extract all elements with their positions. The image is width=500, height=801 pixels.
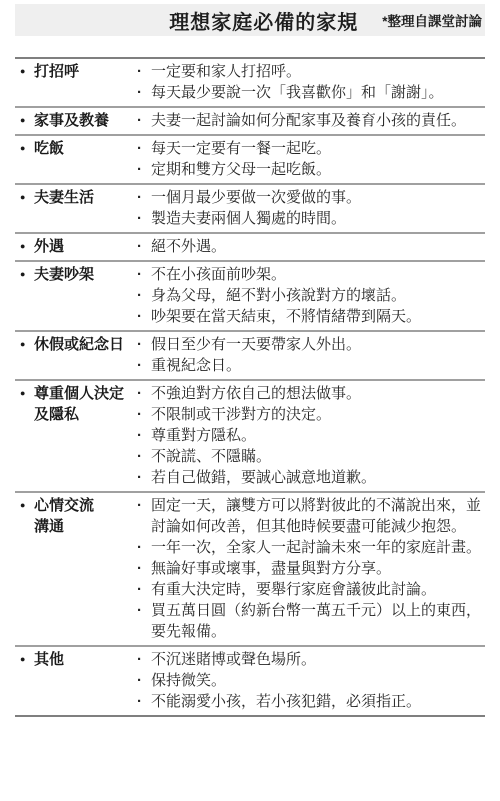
rule-item: ·一定要和家人打招呼。 <box>137 61 483 82</box>
table-row: ● 尊重個人決定 及隱私 ·不強迫對方依自己的想法做事。 ·不限制或干涉對方的決… <box>15 379 485 491</box>
item-bullet-icon: · <box>137 61 151 82</box>
rule-item: ·不限制或干涉對方的決定。 <box>137 404 483 425</box>
rule-text: 買五萬日圓（約新台幣一萬五千元）以上的東西，要先報備。 <box>151 600 483 642</box>
item-bullet-icon: · <box>137 110 151 131</box>
rules-cell: ·不在小孩面前吵架。 ·身為父母，絕不對小孩說對方的壞話。 ·吵架要在當天結束，… <box>137 264 485 327</box>
rule-item: ·假日至少有一天要帶家人外出。 <box>137 334 483 355</box>
item-bullet-icon: · <box>137 600 151 642</box>
category-cell: ● 打招呼 <box>15 61 137 103</box>
rule-text: 固定一天，讓雙方可以將對彼此的不滿說出來，並討論如何改善，但其他時候要盡可能減少… <box>151 495 483 537</box>
category-bullet-icon: ● <box>20 187 34 208</box>
table-row: ● 休假或紀念日 ·假日至少有一天要帶家人外出。 ·重視紀念日。 <box>15 330 485 379</box>
category-label: 其他 <box>34 649 64 670</box>
item-bullet-icon: · <box>137 579 151 600</box>
item-bullet-icon: · <box>137 264 151 285</box>
item-bullet-icon: · <box>137 383 151 404</box>
category-label: 休假或紀念日 <box>34 334 124 355</box>
rule-item: ·不強迫對方依自己的想法做事。 <box>137 383 483 404</box>
item-bullet-icon: · <box>137 187 151 208</box>
rule-item: ·身為父母，絕不對小孩說對方的壞話。 <box>137 285 483 306</box>
rule-text: 絕不外遇。 <box>151 236 483 257</box>
item-bullet-icon: · <box>137 82 151 103</box>
rule-item: ·若自己做錯，要誠心誠意地道歉。 <box>137 467 483 488</box>
rule-item: ·夫妻一起討論如何分配家事及養育小孩的責任。 <box>137 110 483 131</box>
rule-text: 吵架要在當天結束，不將情緒帶到隔天。 <box>151 306 483 327</box>
item-bullet-icon: · <box>137 467 151 488</box>
rules-cell: ·固定一天，讓雙方可以將對彼此的不滿說出來，並討論如何改善，但其他時候要盡可能減… <box>137 495 485 642</box>
rules-cell: ·一定要和家人打招呼。 ·每天最少要說一次「我喜歡你」和「謝謝」。 <box>137 61 485 103</box>
category-bullet-icon: ● <box>20 138 34 159</box>
rules-cell: ·假日至少有一天要帶家人外出。 ·重視紀念日。 <box>137 334 485 376</box>
rule-text: 重視紀念日。 <box>151 355 483 376</box>
category-bullet-icon: ● <box>20 334 34 355</box>
item-bullet-icon: · <box>137 558 151 579</box>
rule-text: 不限制或干涉對方的決定。 <box>151 404 483 425</box>
rule-item: ·有重大決定時，要舉行家庭會議彼此討論。 <box>137 579 483 600</box>
page-header: 理想家庭必備的家規 *整理自課堂討論 <box>15 4 485 36</box>
table-row: ● 夫妻吵架 ·不在小孩面前吵架。 ·身為父母，絕不對小孩說對方的壞話。 ·吵架… <box>15 260 485 330</box>
rule-item: ·買五萬日圓（約新台幣一萬五千元）以上的東西，要先報備。 <box>137 600 483 642</box>
rule-item: ·固定一天，讓雙方可以將對彼此的不滿說出來，並討論如何改善，但其他時候要盡可能減… <box>137 495 483 537</box>
rule-item: ·一個月最少要做一次愛做的事。 <box>137 187 483 208</box>
category-cell: ● 尊重個人決定 及隱私 <box>15 383 137 488</box>
rule-item: ·每天最少要說一次「我喜歡你」和「謝謝」。 <box>137 82 483 103</box>
category-label: 打招呼 <box>34 61 79 82</box>
table-row: ● 家事及教養 ·夫妻一起討論如何分配家事及養育小孩的責任。 <box>15 106 485 134</box>
category-bullet-icon: ● <box>20 264 34 285</box>
rule-text: 若自己做錯，要誠心誠意地道歉。 <box>151 467 483 488</box>
category-label: 夫妻生活 <box>34 187 94 208</box>
item-bullet-icon: · <box>137 446 151 467</box>
item-bullet-icon: · <box>137 537 151 558</box>
item-bullet-icon: · <box>137 208 151 229</box>
category-cell: ● 其他 <box>15 649 137 712</box>
item-bullet-icon: · <box>137 138 151 159</box>
category-cell: ● 心情交流 溝通 <box>15 495 137 642</box>
rule-text: 每天最少要說一次「我喜歡你」和「謝謝」。 <box>151 82 483 103</box>
rule-text: 尊重對方隱私。 <box>151 425 483 446</box>
rules-cell: ·每天一定要有一餐一起吃。 ·定期和雙方父母一起吃飯。 <box>137 138 485 180</box>
category-bullet-icon: ● <box>20 61 34 82</box>
item-bullet-icon: · <box>137 306 151 327</box>
rule-item: ·保持微笑。 <box>137 670 483 691</box>
rules-cell: ·不強迫對方依自己的想法做事。 ·不限制或干涉對方的決定。 ·尊重對方隱私。 ·… <box>137 383 485 488</box>
category-cell: ● 外遇 <box>15 236 137 257</box>
rule-item: ·重視紀念日。 <box>137 355 483 376</box>
item-bullet-icon: · <box>137 236 151 257</box>
rule-text: 身為父母，絕不對小孩說對方的壞話。 <box>151 285 483 306</box>
rule-item: ·不沉迷賭博或聲色場所。 <box>137 649 483 670</box>
category-cell: ● 家事及教養 <box>15 110 137 131</box>
rule-text: 假日至少有一天要帶家人外出。 <box>151 334 483 355</box>
category-bullet-icon: ● <box>20 649 34 670</box>
rule-text: 不強迫對方依自己的想法做事。 <box>151 383 483 404</box>
rule-item: ·不說謊、不隱瞞。 <box>137 446 483 467</box>
item-bullet-icon: · <box>137 495 151 537</box>
category-cell: ● 夫妻吵架 <box>15 264 137 327</box>
rule-text: 一個月最少要做一次愛做的事。 <box>151 187 483 208</box>
rule-text: 一定要和家人打招呼。 <box>151 61 483 82</box>
item-bullet-icon: · <box>137 691 151 712</box>
rule-text: 夫妻一起討論如何分配家事及養育小孩的責任。 <box>151 110 483 131</box>
table-row: ● 夫妻生活 ·一個月最少要做一次愛做的事。 ·製造夫妻兩個人獨處的時間。 <box>15 183 485 232</box>
rule-text: 無論好事或壞事，盡量與對方分享。 <box>151 558 483 579</box>
rule-item: ·無論好事或壞事，盡量與對方分享。 <box>137 558 483 579</box>
rule-item: ·吵架要在當天結束，不將情緒帶到隔天。 <box>137 306 483 327</box>
category-label: 尊重個人決定 及隱私 <box>34 383 124 425</box>
rule-text: 保持微笑。 <box>151 670 483 691</box>
table-row: ● 其他 ·不沉迷賭博或聲色場所。 ·保持微笑。 ·不能溺愛小孩，若小孩犯錯，必… <box>15 645 485 715</box>
rule-item: ·不在小孩面前吵架。 <box>137 264 483 285</box>
page: 理想家庭必備的家規 *整理自課堂討論 ● 打招呼 ·一定要和家人打招呼。 ·每天… <box>0 4 500 801</box>
item-bullet-icon: · <box>137 285 151 306</box>
category-bullet-icon: ● <box>20 236 34 257</box>
rule-item: ·尊重對方隱私。 <box>137 425 483 446</box>
category-label: 吃飯 <box>34 138 64 159</box>
category-cell: ● 吃飯 <box>15 138 137 180</box>
source-note: *整理自課堂討論 <box>382 10 482 30</box>
rules-cell: ·絕不外遇。 <box>137 236 485 257</box>
rule-item: ·製造夫妻兩個人獨處的時間。 <box>137 208 483 229</box>
rules-cell: ·一個月最少要做一次愛做的事。 ·製造夫妻兩個人獨處的時間。 <box>137 187 485 229</box>
category-bullet-icon: ● <box>20 110 34 131</box>
table-row: ● 吃飯 ·每天一定要有一餐一起吃。 ·定期和雙方父母一起吃飯。 <box>15 134 485 183</box>
category-cell: ● 夫妻生活 <box>15 187 137 229</box>
page-title: 理想家庭必備的家規 <box>169 6 358 35</box>
rule-item: ·定期和雙方父母一起吃飯。 <box>137 159 483 180</box>
table-row: ● 心情交流 溝通 ·固定一天，讓雙方可以將對彼此的不滿說出來，並討論如何改善，… <box>15 491 485 645</box>
rules-cell: ·夫妻一起討論如何分配家事及養育小孩的責任。 <box>137 110 485 131</box>
rule-item: ·不能溺愛小孩，若小孩犯錯，必須指正。 <box>137 691 483 712</box>
rule-item: ·絕不外遇。 <box>137 236 483 257</box>
category-label: 家事及教養 <box>34 110 109 131</box>
category-label: 心情交流 溝通 <box>34 495 94 537</box>
category-cell: ● 休假或紀念日 <box>15 334 137 376</box>
category-bullet-icon: ● <box>20 383 34 404</box>
rule-text: 不說謊、不隱瞞。 <box>151 446 483 467</box>
item-bullet-icon: · <box>137 159 151 180</box>
rule-text: 製造夫妻兩個人獨處的時間。 <box>151 208 483 229</box>
category-bullet-icon: ● <box>20 495 34 516</box>
rule-text: 不在小孩面前吵架。 <box>151 264 483 285</box>
rules-table: ● 打招呼 ·一定要和家人打招呼。 ·每天最少要說一次「我喜歡你」和「謝謝」。 … <box>15 57 485 717</box>
item-bullet-icon: · <box>137 404 151 425</box>
table-row: ● 外遇 ·絕不外遇。 <box>15 232 485 260</box>
table-row: ● 打招呼 ·一定要和家人打招呼。 ·每天最少要說一次「我喜歡你」和「謝謝」。 <box>15 59 485 106</box>
category-label: 夫妻吵架 <box>34 264 94 285</box>
rule-item: ·每天一定要有一餐一起吃。 <box>137 138 483 159</box>
item-bullet-icon: · <box>137 649 151 670</box>
rule-text: 每天一定要有一餐一起吃。 <box>151 138 483 159</box>
rule-text: 定期和雙方父母一起吃飯。 <box>151 159 483 180</box>
rule-text: 不能溺愛小孩，若小孩犯錯，必須指正。 <box>151 691 483 712</box>
item-bullet-icon: · <box>137 355 151 376</box>
rule-text: 不沉迷賭博或聲色場所。 <box>151 649 483 670</box>
rule-text: 一年一次，全家人一起討論未來一年的家庭計畫。 <box>151 537 483 558</box>
item-bullet-icon: · <box>137 334 151 355</box>
item-bullet-icon: · <box>137 670 151 691</box>
category-label: 外遇 <box>34 236 64 257</box>
item-bullet-icon: · <box>137 425 151 446</box>
rule-item: ·一年一次，全家人一起討論未來一年的家庭計畫。 <box>137 537 483 558</box>
rule-text: 有重大決定時，要舉行家庭會議彼此討論。 <box>151 579 483 600</box>
rules-cell: ·不沉迷賭博或聲色場所。 ·保持微笑。 ·不能溺愛小孩，若小孩犯錯，必須指正。 <box>137 649 485 712</box>
